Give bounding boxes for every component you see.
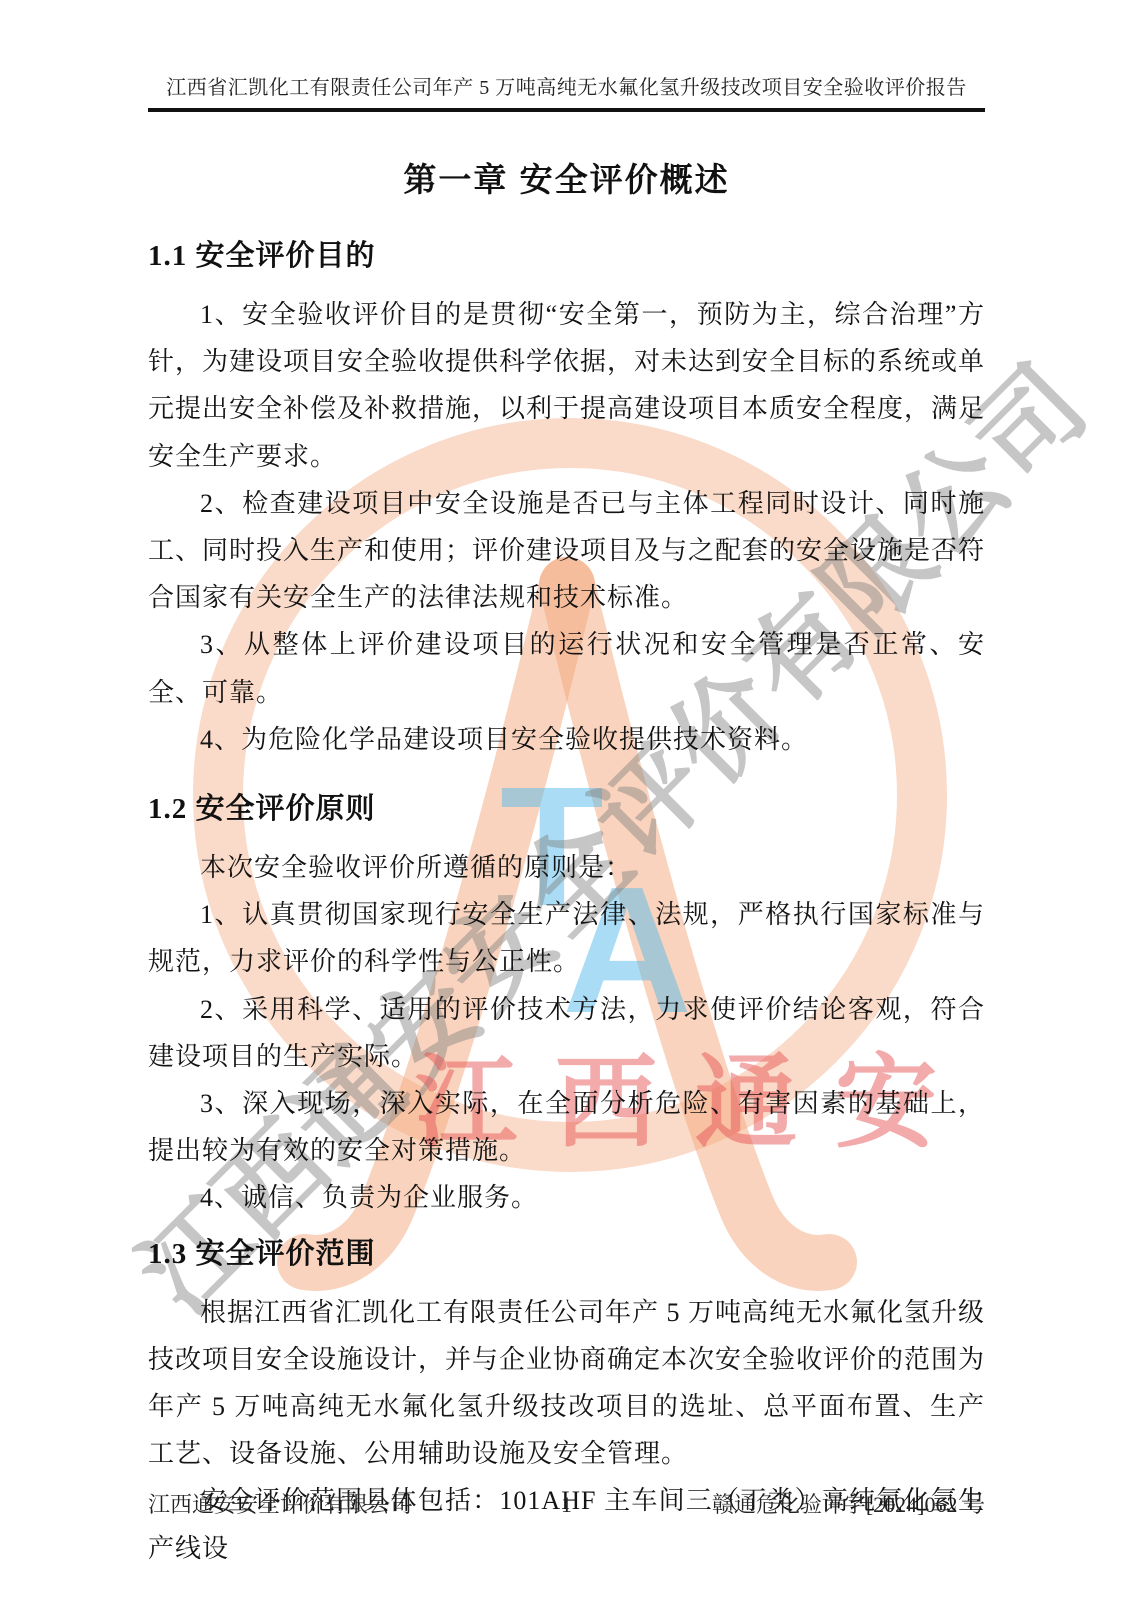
document-content: 江西省汇凯化工有限责任公司年产 5 万吨高纯无水氟化氢升级技改项目安全验收评价报…: [148, 0, 985, 1572]
paragraph: 1、认真贯彻国家现行安全生产法律、法规，严格执行国家标准与规范，力求评价的科学性…: [148, 891, 985, 985]
page-header: 江西省汇凯化工有限责任公司年产 5 万吨高纯无水氟化氢升级技改项目安全验收评价报…: [148, 74, 985, 102]
paragraph: 4、为危险化学品建设项目安全验收提供技术资料。: [148, 716, 985, 763]
paragraph: 3、从整体上评价建设项目的运行状况和安全管理是否正常、安全、可靠。: [148, 621, 985, 715]
paragraph: 1、安全验收评价目的是贯彻“安全第一，预防为主，综合治理”方针，为建设项目安全验…: [148, 291, 985, 480]
section-1-3: 1.3 安全评价范围 根据江西省汇凯化工有限责任公司年产 5 万吨高纯无水氟化氢…: [148, 1234, 985, 1572]
document-page: T A 江西通安安全评价有限公司 江西通安 江西省汇凯化工有限责任公司年产 5 …: [0, 0, 1131, 1600]
chapter-title: 第一章 安全评价概述: [148, 158, 985, 202]
paragraph: 本次安全验收评价所遵循的原则是：: [148, 844, 985, 891]
section-1-2: 1.2 安全评价原则 本次安全验收评价所遵循的原则是： 1、认真贯彻国家现行安全…: [148, 789, 985, 1222]
paragraph: 2、检查建设项目中安全设施是否已与主体工程同时设计、同时施工、同时投入生产和使用…: [148, 480, 985, 622]
section-1-1: 1.1 安全评价目的 1、安全验收评价目的是贯彻“安全第一，预防为主，综合治理”…: [148, 236, 985, 763]
section-1-1-heading: 1.1 安全评价目的: [148, 236, 985, 276]
paragraph: 3、深入现场，深入实际，在全面分析危险、有害因素的基础上，提出较为有效的安全对策…: [148, 1080, 985, 1174]
paragraph: 2、采用科学、适用的评价技术方法，力求使评价结论客观，符合建设项目的生产实际。: [148, 986, 985, 1080]
section-1-2-heading: 1.2 安全评价原则: [148, 789, 985, 829]
paragraph: 4、诚信、负责为企业服务。: [148, 1174, 985, 1221]
paragraph: 根据江西省汇凯化工有限责任公司年产 5 万吨高纯无水氟化氢升级技改项目安全设施设…: [148, 1289, 985, 1478]
footer-doc-number: 赣通危化验评字[2024]062 号: [712, 1490, 985, 1520]
section-1-3-heading: 1.3 安全评价范围: [148, 1234, 985, 1274]
header-rule: [148, 108, 985, 112]
